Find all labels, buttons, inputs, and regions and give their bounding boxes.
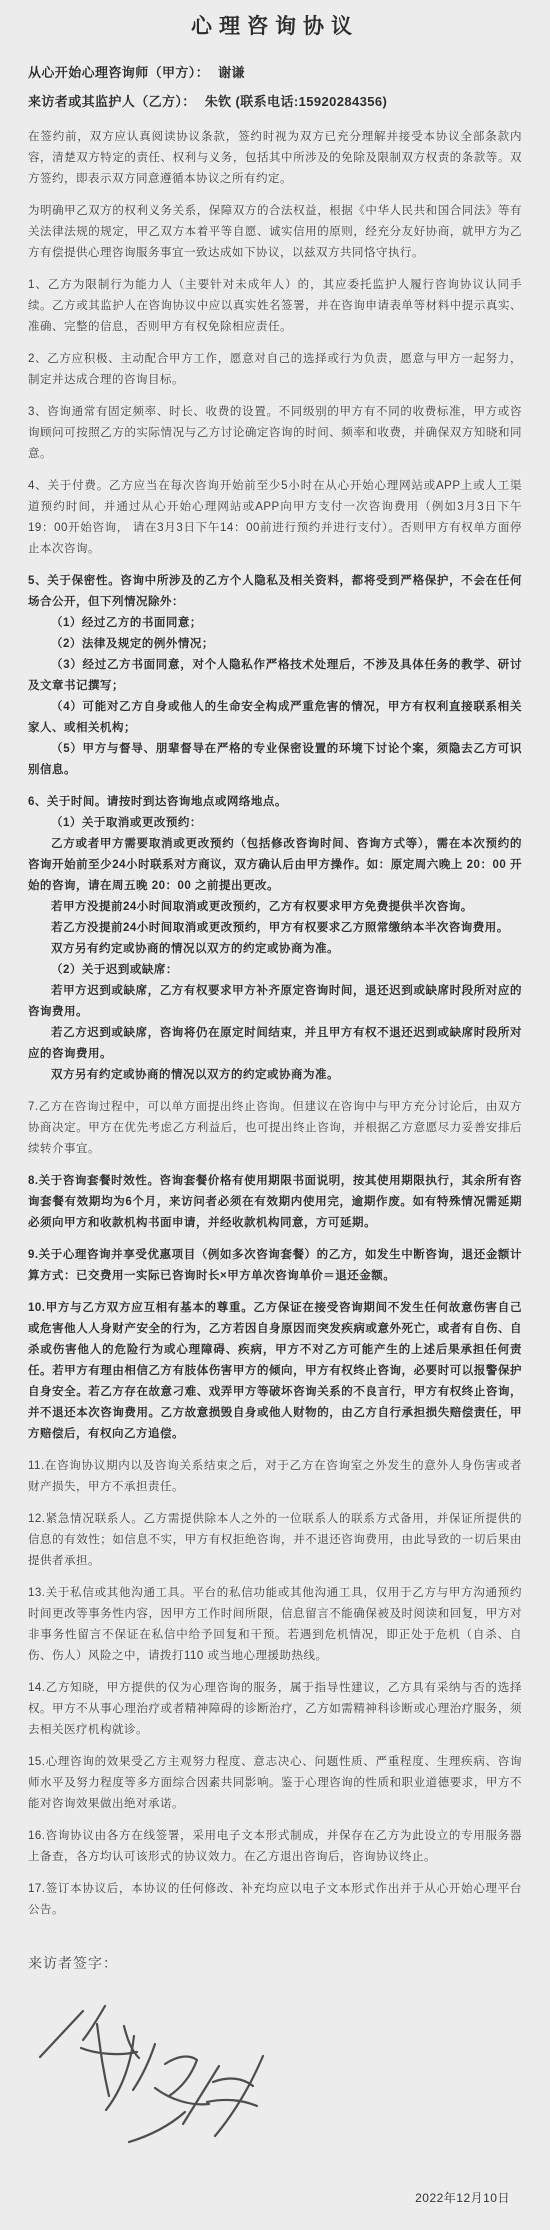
clause-14: 14.乙方知晓，甲方提供的仅为心理咨询的服务，属于指导性建议，乙方具有采纳与否的… [28,1678,522,1741]
clause-6-item-2-line-3: 双方另有约定或协商的情况以双方的约定或协商为准。 [28,1065,522,1086]
party-a-label: 从心开始心理咨询师（甲方）： [28,65,209,80]
party-a-line: 从心开始心理咨询师（甲方）：谢谦 [28,58,522,87]
clause-3: 3、咨询通常有固定频率、时长、收费的设置。不同级别的甲方有不同的收费标准，甲方或… [28,402,522,465]
visitor-signature-image [36,2003,288,2155]
clause-6-item-1-line-4: 双方另有约定或协商的情况以双方的约定或协商为准。 [28,939,522,960]
clause-6-item-2-line-1: 若甲方迟到或缺席，乙方有权要求甲方补齐原定咨询时间，退还迟到或缺席时段所对应的咨… [28,981,522,1023]
intro-paragraph-2: 为明确甲乙双方的权利义务关系，保障双方的合法权益，根据《中华人民共和国合同法》等… [28,201,522,264]
clause-12: 12.紧急情况联系人。乙方需提供除本人之外的一位联系人的联系方式备用，并保证所提… [28,1509,522,1572]
clause-4: 4、关于付费。乙方应当在每次咨询开始前至少5小时在从心开始心理网站或APP上或人… [28,476,522,560]
clause-5-item-4: （4）可能对乙方自身或他人的生命安全构成严重危害的情况，甲方有权利直接联系相关家… [28,697,522,739]
clauses: 在签约前，双方应认真阅读协议条款，签约时视为双方已充分理解并接受本协议全部条款内… [28,127,522,1921]
visitor-signature-label: 来访者签字： [28,1951,522,1975]
party-b-label: 来访者或其监护人（乙方）： [28,94,196,109]
clause-7: 7.乙方在咨询过程中，可以单方面提出终止咨询。但建议在咨询中与甲方充分讨论后，由… [28,1097,522,1160]
clause-5-item-3: （3）经过乙方书面同意，对个人隐私作严格技术处理后，不涉及具体任务的教学、研讨及… [28,655,522,697]
clause-11: 11.在咨询协议期内以及咨询关系结束之后，对于乙方在咨询室之外发生的意外人身伤害… [28,1456,522,1498]
clause-6-item-2-line-2: 若乙方迟到或缺席，咨询将仍在原定时间结束，并且甲方有权不退还迟到或缺席时段所对应… [28,1023,522,1065]
agreement-document: 心理咨询协议 从心开始心理咨询师（甲方）：谢谦 来访者或其监护人（乙方）：朱钦 … [0,0,550,2230]
clause-1: 1、乙方为限制行为能力人（主要针对未成年人）的，其应委托监护人履行咨询协议认同手… [28,275,522,338]
clause-16: 16.咨询协议由各方在线签署，采用电子文本形式制成，并保存在乙方为此设立的专用服… [28,1826,522,1868]
clause-15: 15.心理咨询的效果受乙方主观努力程度、意志决心、问题性质、严重程度、生理疾病、… [28,1752,522,1815]
clause-6-item-1-line-2: 若甲方没提前24小时间取消或更改预约，乙方有权要求甲方免费提供半次咨询。 [28,897,522,918]
intro-paragraph-1: 在签约前，双方应认真阅读协议条款，签约时视为双方已充分理解并接受本协议全部条款内… [28,127,522,190]
clause-6-item-1-line-3: 若乙方没提前24小时间取消或更改预约，甲方有权要求乙方照常缴纳本半次咨询费用。 [28,918,522,939]
clause-6: 6、关于时间。请按时到达咨询地点或网络地点。 [28,792,522,813]
signing-date: 2022年12月10日 [28,2189,522,2206]
clause-17: 17.签订本协议后，本协议的任何修改、补充均应以电子文本形式作出并于从心开始心理… [28,1879,522,1921]
clause-6-item-2: （2）关于迟到或缺席： [28,960,522,981]
clause-6-item-1-line-1: 乙方或者甲方需要取消或更改预约（包括修改咨询时间、咨询方式等），需在本次预约的咨… [28,834,522,897]
page-title: 心理咨询协议 [28,10,522,44]
party-b-name: 朱钦 (联系电话:15920284356) [205,94,388,109]
clause-5: 5、关于保密性。咨询中所涉及的乙方个人隐私及相关资料，都将受到严格保护，不会在任… [28,571,522,613]
clause-5-item-1: （1）经过乙方的书面同意； [28,613,522,634]
clause-13: 13.关于私信或其他沟通工具。平台的私信功能或其他沟通工具，仅用于乙方与甲方沟通… [28,1583,522,1667]
clause-5-item-2: （2）法律及规定的例外情况； [28,634,522,655]
clause-10: 10.甲方与乙方双方应互相有基本的尊重。乙方保证在接受咨询期间不发生任何故意伤害… [28,1298,522,1445]
party-b-line: 来访者或其监护人（乙方）：朱钦 (联系电话:15920284356) [28,87,522,116]
clause-9: 9.关于心理咨询并享受优惠项目（例如多次咨询套餐）的乙方，如发生中断咨询，退还金… [28,1245,522,1287]
clause-5-item-5: （5）甲方与督导、朋辈督导在严格的专业保密设置的环境下讨论个案，须隐去乙方可识别… [28,739,522,781]
clause-2: 2、乙方应积极、主动配合甲方工作，愿意对自己的选择或行为负责，愿意与甲方一起努力… [28,349,522,391]
clause-8: 8.关于咨询套餐时效性。咨询套餐价格有使用期限书面说明，按其使用期限执行，其余所… [28,1171,522,1234]
party-a-name: 谢谦 [218,65,245,80]
clause-6-item-1: （1）关于取消或更改预约： [28,813,522,834]
